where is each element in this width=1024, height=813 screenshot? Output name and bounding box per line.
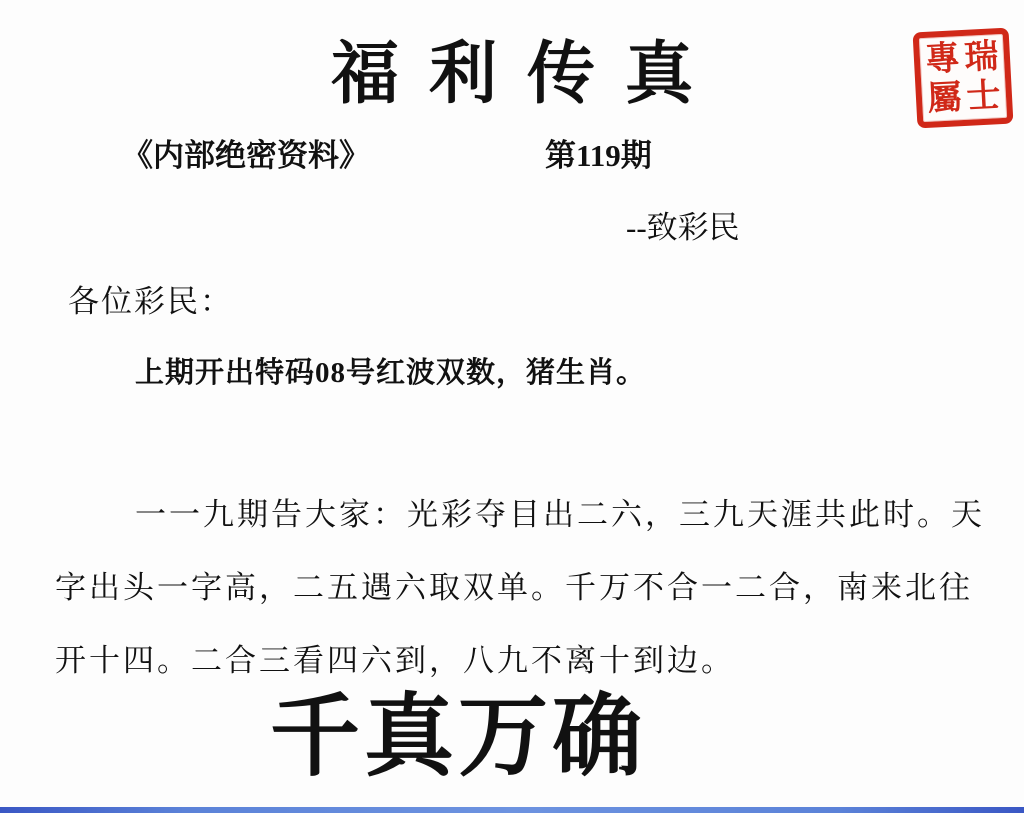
tip-paragraph: 一一九期告大家：光彩夺目出二六，三九天涯共此时。天 字出头一字高，二五遇六取双单… bbox=[55, 478, 990, 697]
seal-char: 瑞 bbox=[964, 40, 1000, 76]
meta-row: 《内部绝密资料》 第119期 bbox=[0, 130, 1024, 174]
page-title: 福利传真 bbox=[0, 20, 1024, 117]
footer-bar bbox=[0, 807, 1024, 813]
fax-document-page: 福利传真 專 瑞 屬 士 《内部绝密资料》 第119期 --致彩民 各位彩民： … bbox=[0, 0, 1024, 813]
tip-paragraph-line: 字出头一字高，二五遇六取双单。千万不合一二合，南来北往 bbox=[55, 551, 990, 624]
red-seal-stamp: 專 瑞 屬 士 bbox=[913, 28, 1014, 129]
last-draw-result: 上期开出特码08号红波双数，猪生肖。 bbox=[135, 350, 646, 391]
greeting-line: 各位彩民： bbox=[68, 276, 233, 321]
classified-label: 《内部绝密资料》 bbox=[122, 130, 370, 175]
issue-number: 第119期 bbox=[545, 130, 652, 175]
tip-paragraph-line: 一一九期告大家：光彩夺目出二六，三九天涯共此时。天 bbox=[55, 478, 990, 551]
slogan-text: 千真万确 bbox=[270, 686, 646, 790]
recipient-line: --致彩民 bbox=[626, 202, 740, 247]
seal-char: 屬 bbox=[927, 81, 963, 117]
seal-char: 士 bbox=[966, 79, 1002, 115]
seal-char: 專 bbox=[925, 42, 961, 78]
